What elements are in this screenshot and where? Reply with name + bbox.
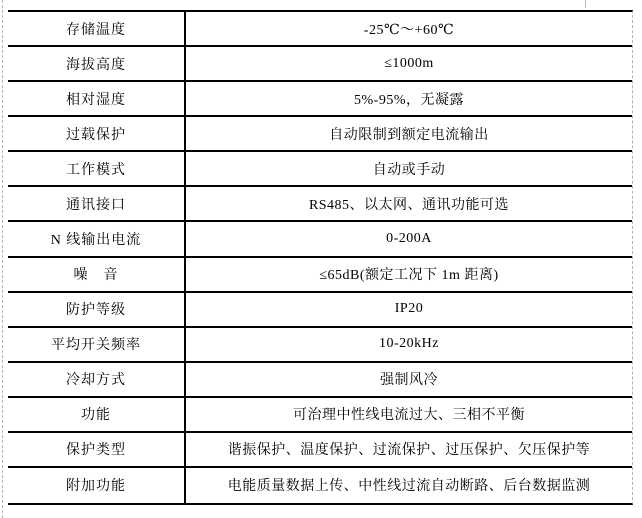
spec-parameter-label: N 线输出电流	[8, 222, 186, 255]
spec-parameter-value: ≤65dB(额定工况下 1m 距离)	[186, 258, 632, 291]
spec-parameter-label: 工作模式	[8, 152, 186, 185]
spec-parameter-label: 存储温度	[8, 12, 186, 45]
spec-parameter-label: 防护等级	[8, 293, 186, 326]
spec-parameter-label: 保护类型	[8, 433, 186, 466]
spec-parameter-value: 电能质量数据上传、中性线过流自动断路、后台数据监测	[186, 468, 632, 503]
spec-parameter-value: 10-20kHz	[186, 328, 632, 361]
page-text-boundary-left	[2, 0, 3, 518]
table-row: 平均开关频率 10-20kHz	[8, 328, 632, 363]
spec-parameter-value: IP20	[186, 293, 632, 326]
table-row: 噪 音 ≤65dB(额定工况下 1m 距离)	[8, 258, 632, 293]
spec-parameter-label: 附加功能	[8, 468, 186, 503]
spec-parameter-label: 功能	[8, 398, 186, 431]
table-row: 附加功能 电能质量数据上传、中性线过流自动断路、后台数据监测	[8, 468, 632, 503]
spec-parameter-value: 0-200A	[186, 222, 632, 255]
spec-parameter-value: -25℃～+60℃	[186, 12, 632, 45]
spec-parameter-value: 自动限制到额定电流输出	[186, 117, 632, 150]
spec-parameter-value: 可治理中性线电流过大、三相不平衡	[186, 398, 632, 431]
table-row: 存储温度 -25℃～+60℃	[8, 12, 632, 47]
spec-parameter-label: 相对湿度	[8, 82, 186, 115]
table-row: 过载保护 自动限制到额定电流输出	[8, 117, 632, 152]
spec-parameter-value: 强制风冷	[186, 363, 632, 396]
spec-parameter-value: 自动或手动	[186, 152, 632, 185]
page-text-boundary-mark	[585, 0, 586, 8]
table-row: 冷却方式 强制风冷	[8, 363, 632, 398]
spec-parameter-label: 冷却方式	[8, 363, 186, 396]
spec-parameter-label: 噪 音	[8, 258, 186, 291]
table-row: 保护类型 谐振保护、温度保护、过流保护、过压保护、欠压保护等	[8, 433, 632, 468]
spec-parameter-label: 通讯接口	[8, 187, 186, 220]
table-row: 相对湿度 5%-95%，无凝露	[8, 82, 632, 117]
spec-parameter-value: RS485、以太网、通讯功能可选	[186, 187, 632, 220]
table-row: N 线输出电流 0-200A	[8, 222, 632, 257]
spec-parameter-label: 平均开关频率	[8, 328, 186, 361]
spec-parameter-value: ≤1000m	[186, 47, 632, 80]
spec-parameter-label: 海拔高度	[8, 47, 186, 80]
spec-parameter-value: 谐振保护、温度保护、过流保护、过压保护、欠压保护等	[186, 433, 632, 466]
table-row: 通讯接口 RS485、以太网、通讯功能可选	[8, 187, 632, 222]
table-row: 海拔高度 ≤1000m	[8, 47, 632, 82]
table-row: 防护等级 IP20	[8, 293, 632, 328]
spec-parameter-value: 5%-95%，无凝露	[186, 82, 632, 115]
table-row: 功能 可治理中性线电流过大、三相不平衡	[8, 398, 632, 433]
table-row: 工作模式 自动或手动	[8, 152, 632, 187]
spec-table: 存储温度 -25℃～+60℃ 海拔高度 ≤1000m 相对湿度 5%-95%，无…	[8, 10, 633, 505]
spec-parameter-label: 过载保护	[8, 117, 186, 150]
